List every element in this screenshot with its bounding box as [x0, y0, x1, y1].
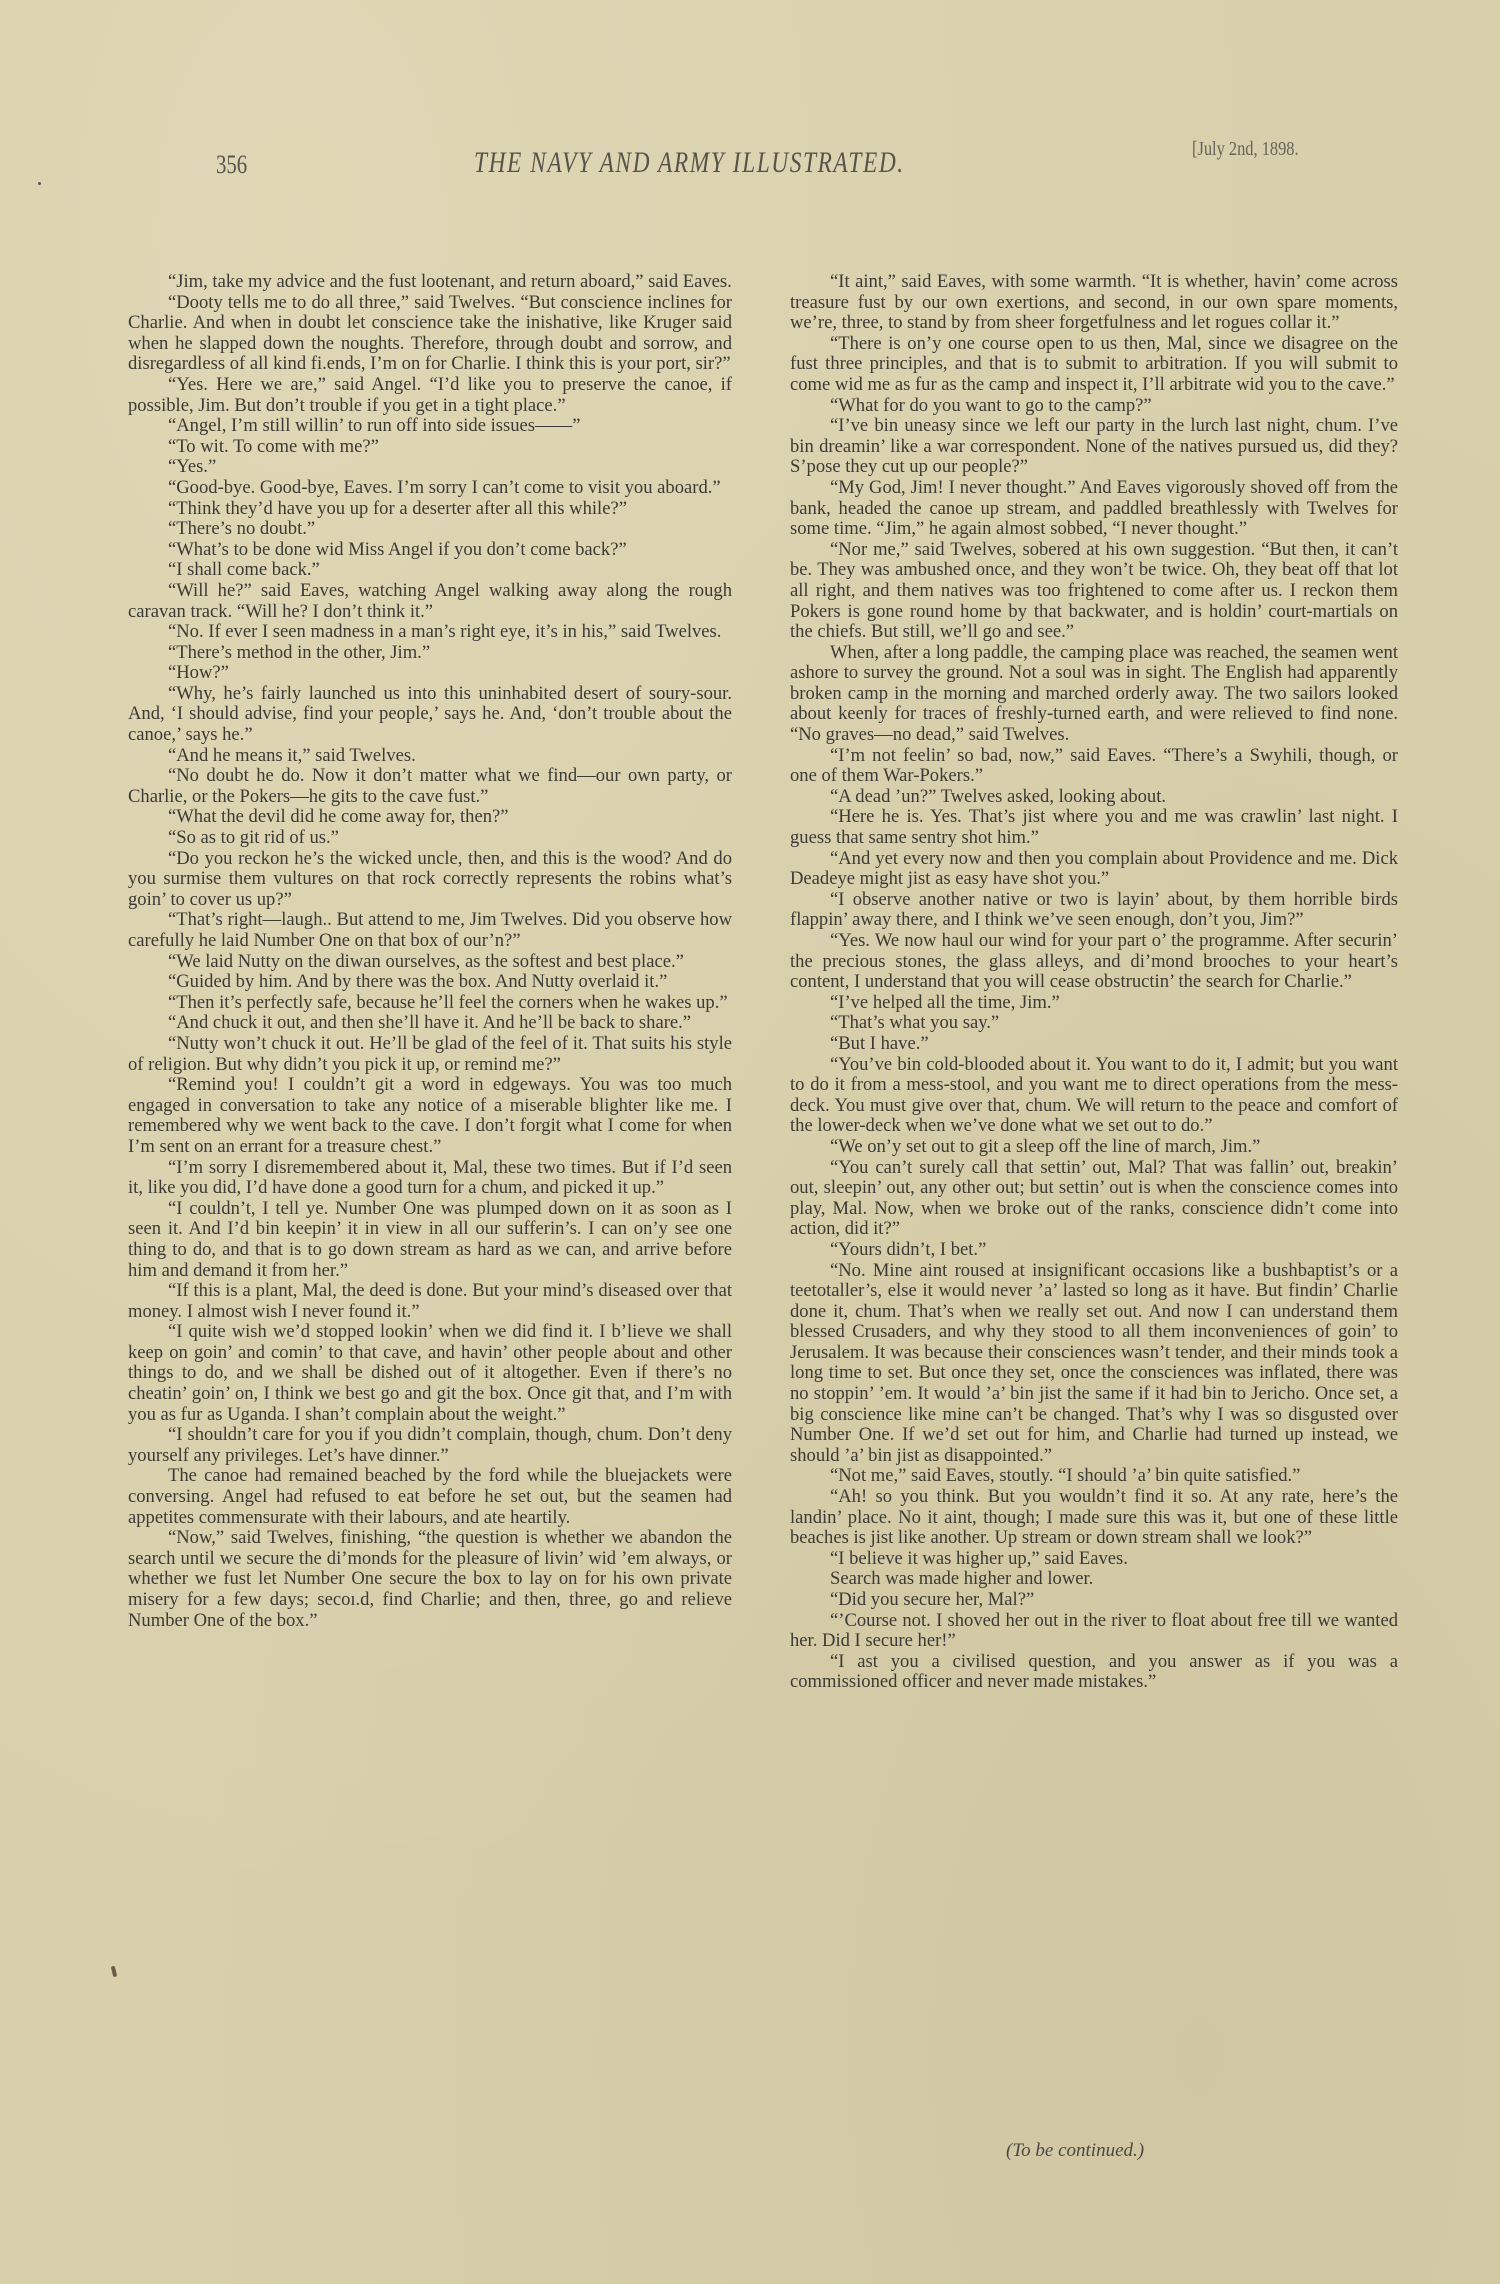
paragraph: “I couldn’t, I tell ye. Number One was p… [128, 1199, 732, 1281]
paragraph: “There’s method in the other, Jim.” [128, 643, 732, 664]
paragraph: “I’m sorry I disremembered about it, Mal… [128, 1158, 732, 1199]
paragraph: “Angel, I’m still willin’ to run off int… [128, 416, 732, 437]
paragraph: When, after a long paddle, the camping p… [790, 643, 1398, 746]
paragraph: “How?” [128, 663, 732, 684]
paragraph: “No. Mine aint roused at insignificant o… [790, 1261, 1398, 1467]
paragraph: “I observe another native or two is layi… [790, 890, 1398, 931]
paragraph: “I shall come back.” [128, 560, 732, 581]
paragraph: “You’ve bin cold-blooded about it. You w… [790, 1055, 1398, 1137]
paragraph: “You can’t surely call that settin’ out,… [790, 1158, 1398, 1240]
paragraph: “Nor me,” said Twelves, sobered at his o… [790, 540, 1398, 643]
page-header: 356 THE NAVY AND ARMY ILLUSTRATED. [July… [0, 128, 1500, 178]
paragraph: “No. If ever I seen madness in a man’s r… [128, 622, 732, 643]
to-be-continued-note: (To be continued.) [1006, 2140, 1144, 2162]
paragraph: “What’s to be done wid Miss Angel if you… [128, 540, 732, 561]
paragraph: “Nutty won’t chuck it out. He’ll be glad… [128, 1034, 732, 1075]
paragraph: “Yes.” [128, 457, 732, 478]
paragraph: “No doubt he do. Now it don’t matter wha… [128, 766, 732, 807]
page-number: 356 [216, 150, 247, 180]
paragraph: “Will he?” said Eaves, watching Angel wa… [128, 581, 732, 622]
paragraph: The canoe had remained beached by the fo… [128, 1466, 732, 1528]
paragraph: Search was made higher and lower. [790, 1569, 1398, 1590]
paragraph: “If this is a plant, Mal, the deed is do… [128, 1281, 732, 1322]
paragraph: “And he means it,” said Twelves. [128, 746, 732, 767]
paragraph: “That’s right—laugh.. But attend to me, … [128, 910, 732, 951]
paragraph: “I shouldn’t care for you if you didn’t … [128, 1425, 732, 1466]
paragraph: “And yet every now and then you complain… [790, 849, 1398, 890]
right-column: “It aint,” said Eaves, with some warmth.… [790, 272, 1398, 1693]
paragraph: “Jim, take my advice and the fust looten… [128, 272, 732, 293]
paragraph: “Ah! so you think. But you wouldn’t find… [790, 1487, 1398, 1549]
paragraph: “I’ve bin uneasy since we left our party… [790, 416, 1398, 478]
paragraph: “Dooty tells me to do all three,” said T… [128, 293, 732, 375]
paragraph: “We on’y set out to git a sleep off the … [790, 1137, 1398, 1158]
paragraph: “Remind you! I couldn’t git a word in ed… [128, 1075, 732, 1157]
paragraph: “We laid Nutty on the diwan ourselves, a… [128, 952, 732, 973]
ink-speck [38, 182, 41, 185]
issue-date: [July 2nd, 1898. [1192, 138, 1299, 161]
paragraph: “’Course not. I shoved her out in the ri… [790, 1611, 1398, 1652]
running-title: THE NAVY AND ARMY ILLUSTRATED. [474, 146, 905, 180]
paragraph: “Good-bye. Good-bye, Eaves. I’m sorry I … [128, 478, 732, 499]
paragraph: “Yes. Here we are,” said Angel. “I’d lik… [128, 375, 732, 416]
paragraph: “I quite wish we’d stopped lookin’ when … [128, 1322, 732, 1425]
paragraph: “I ast you a civilised question, and you… [790, 1652, 1398, 1693]
paragraph: “That’s what you say.” [790, 1013, 1398, 1034]
paragraph: “What for do you want to go to the camp?… [790, 396, 1398, 417]
paragraph: “Did you secure her, Mal?” [790, 1590, 1398, 1611]
paragraph: “I’m not feelin’ so bad, now,” said Eave… [790, 746, 1398, 787]
paragraph: “What the devil did he come away for, th… [128, 807, 732, 828]
paragraph: “I believe it was higher up,” said Eaves… [790, 1549, 1398, 1570]
margin-mark [111, 1966, 118, 1978]
paragraph: “Now,” said Twelves, finishing, “the que… [128, 1528, 732, 1631]
paragraph: “And chuck it out, and then she’ll have … [128, 1013, 732, 1034]
magazine-page: 356 THE NAVY AND ARMY ILLUSTRATED. [July… [0, 0, 1500, 2284]
left-column: “Jim, take my advice and the fust looten… [128, 272, 732, 1631]
paragraph: “Here he is. Yes. That’s jist where you … [790, 807, 1398, 848]
paragraph: “I’ve helped all the time, Jim.” [790, 993, 1398, 1014]
paragraph: “It aint,” said Eaves, with some warmth.… [790, 272, 1398, 334]
paragraph: “My God, Jim! I never thought.” And Eave… [790, 478, 1398, 540]
paragraph: “Yes. We now haul our wind for your part… [790, 931, 1398, 993]
paragraph: “But I have.” [790, 1034, 1398, 1055]
paragraph: “There’s no doubt.” [128, 519, 732, 540]
paragraph: “Do you reckon he’s the wicked uncle, th… [128, 849, 732, 911]
paragraph: “A dead ’un?” Twelves asked, looking abo… [790, 787, 1398, 808]
paragraph: “To wit. To come with me?” [128, 437, 732, 458]
paragraph: “Then it’s perfectly safe, because he’ll… [128, 993, 732, 1014]
paragraph: “Guided by him. And by there was the box… [128, 972, 732, 993]
paragraph: “There is on’y one course open to us the… [790, 334, 1398, 396]
paragraph: “Not me,” said Eaves, stoutly. “I should… [790, 1466, 1398, 1487]
paragraph: “Think they’d have you up for a deserter… [128, 499, 732, 520]
paragraph: “So as to git rid of us.” [128, 828, 732, 849]
paragraph: “Yours didn’t, I bet.” [790, 1240, 1398, 1261]
paragraph: “Why, he’s fairly launched us into this … [128, 684, 732, 746]
